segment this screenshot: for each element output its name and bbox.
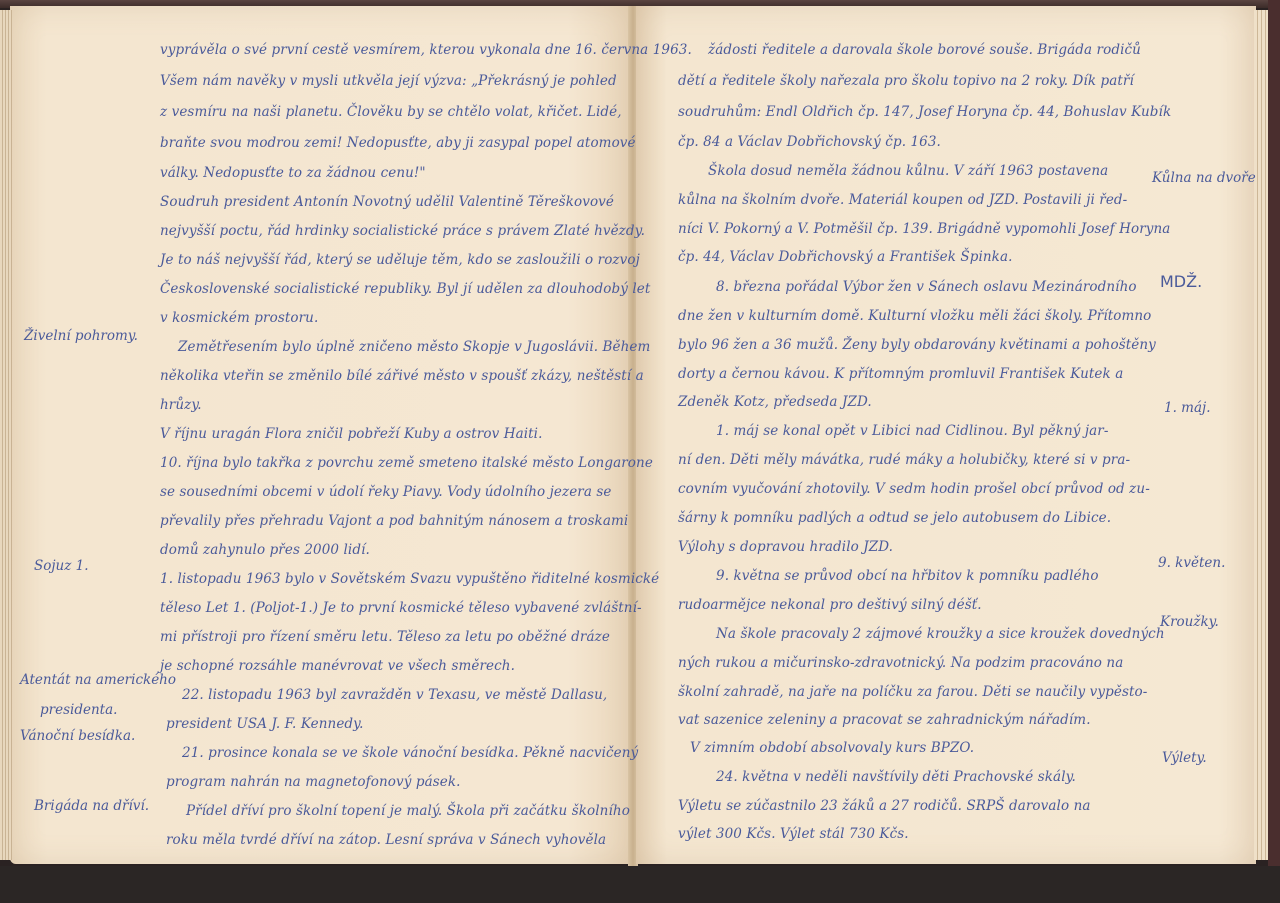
text-line: žádosti ředitele a darovala škole borové…	[708, 42, 1141, 58]
text-line: mi přístroji pro řízení směru letu. Těle…	[160, 629, 610, 645]
text-line: čp. 44, Václav Dobřichovský a František …	[678, 249, 1013, 265]
margin-note: presidenta.	[40, 702, 117, 718]
text-line: dorty a černou kávou. K přítomným promlu…	[678, 366, 1123, 382]
text-line: převalily přes přehradu Vajont a pod bah…	[160, 513, 628, 529]
text-line: školní zahradě, na jaře na políčku za fa…	[678, 684, 1147, 700]
text-line: války. Nedopusťte to za žádnou cenu!"	[160, 165, 426, 181]
text-line: ných rukou a mičurinsko-zdravotnický. Na…	[678, 655, 1123, 671]
text-line: Soudruh president Antonín Novotný udělil…	[160, 194, 614, 210]
text-line: nejvyšší poctu, řád hrdinky socialistick…	[160, 223, 645, 239]
text-line: čp. 84 a Václav Dobřichovský čp. 163.	[678, 134, 941, 150]
text-line: domů zahynulo přes 2000 lidí.	[160, 542, 370, 558]
text-line: program nahrán na magnetofonový pásek.	[166, 774, 461, 790]
text-line: dětí a ředitele školy nařezala pro školu…	[678, 73, 1134, 89]
text-line: Na škole pracovaly 2 zájmové kroužky a s…	[716, 626, 1165, 642]
right-page-edges	[1254, 10, 1268, 860]
text-line: kůlna na školním dvoře. Materiál koupen …	[678, 192, 1127, 208]
text-line: president USA J. F. Kennedy.	[166, 716, 364, 732]
margin-note: 9. květen.	[1158, 555, 1225, 571]
margin-note: Výlety.	[1162, 750, 1207, 766]
text-line: bylo 96 žen a 36 mužů. Ženy byly obdarov…	[678, 337, 1156, 353]
text-line: hrůzy.	[160, 397, 202, 413]
text-line: Je to náš nejvyšší řád, který se uděluje…	[160, 252, 640, 268]
text-line: roku měla tvrdé dříví na zátop. Lesní sp…	[166, 832, 606, 848]
text-line: V zimním období absolvovaly kurs BPZO.	[690, 740, 974, 756]
text-line: z vesmíru na naši planetu. Člověku by se…	[160, 104, 622, 120]
text-line: dne žen v kulturním domě. Kulturní vložk…	[678, 308, 1151, 324]
text-line: těleso Let 1. (Poljot-1.) Je to první ko…	[160, 600, 642, 616]
text-line: výlet 300 Kčs. Výlet stál 730 Kčs.	[678, 826, 909, 842]
text-line: soudruhům: Endl Oldřich čp. 147, Josef H…	[678, 104, 1171, 120]
text-line: vyprávěla o své první cestě vesmírem, kt…	[160, 42, 692, 58]
margin-note: Kroužky.	[1160, 614, 1219, 630]
text-line: se sousedními obcemi v údolí řeky Piavy.…	[160, 484, 612, 500]
text-line: Přídel dříví pro školní topení je malý. …	[186, 803, 630, 819]
text-line: šárny k pomníku padlých a odtud se jelo …	[678, 510, 1111, 526]
text-line: Československé socialistické republiky. …	[160, 281, 650, 297]
text-line: je schopné rozsáhle manévrovat ve všech …	[160, 658, 515, 674]
left-page-edges	[0, 10, 12, 860]
text-line: Výletu se zúčastnilo 23 žáků a 27 rodičů…	[678, 798, 1091, 814]
margin-note: Živelní pohromy.	[24, 328, 138, 344]
margin-note: Atentát na amerického	[20, 672, 176, 688]
text-line: v kosmickém prostoru.	[160, 310, 318, 326]
text-line: 21. prosince konala se ve škole vánoční …	[182, 745, 638, 761]
margin-note: Kůlna na dvoře	[1152, 170, 1256, 186]
text-line: Všem nám navěky v mysli utkvěla její výz…	[160, 73, 617, 89]
text-line: Škola dosud neměla žádnou kůlnu. V září …	[708, 163, 1108, 179]
text-line: 22. listopadu 1963 byl zavražděn v Texas…	[182, 687, 607, 703]
text-line: níci V. Pokorný a V. Potměšil čp. 139. B…	[678, 221, 1170, 237]
text-line: vat sazenice zeleniny a pracovat se zahr…	[678, 712, 1091, 728]
book-cover-right	[1268, 0, 1280, 903]
text-line: V říjnu uragán Flora zničil pobřeží Kuby…	[160, 426, 542, 442]
margin-note: Vánoční besídka.	[20, 728, 135, 744]
text-line: 10. října bylo takřka z povrchu země sme…	[160, 455, 653, 471]
text-line: 9. května se průvod obcí na hřbitov k po…	[716, 568, 1099, 584]
text-line: 24. května v neděli navštívily děti Prac…	[716, 769, 1076, 785]
text-line: rudoarmějce nekonal pro deštivý silný dé…	[678, 597, 982, 613]
text-line: 8. března pořádal Výbor žen v Sánech osl…	[716, 279, 1137, 295]
background-table	[0, 866, 1280, 903]
margin-note: Brigáda na dříví.	[34, 798, 149, 814]
text-line: 1. máj se konal opět v Libici nad Cidlin…	[716, 423, 1109, 439]
text-line: několika vteřin se změnilo bílé zářivé m…	[160, 368, 644, 384]
text-line: Zdeněk Kotz, předseda JZD.	[678, 394, 872, 410]
text-line: braňte svou modrou zemi! Nedopusťte, aby…	[160, 135, 636, 151]
text-line: Výlohy s dopravou hradilo JZD.	[678, 539, 893, 555]
margin-note: Sojuz 1.	[34, 558, 89, 574]
text-line: Zemětřesením bylo úplně zničeno město Sk…	[178, 339, 650, 355]
open-chronicle-book: Živelní pohromy.Sojuz 1.Atentát na ameri…	[0, 0, 1280, 903]
text-line: ní den. Děti měly mávátka, rudé máky a h…	[678, 452, 1130, 468]
margin-note: MDŽ.	[1160, 272, 1202, 291]
margin-note: 1. máj.	[1164, 400, 1211, 416]
text-line: covním vyučování zhotovily. V sedm hodin…	[678, 481, 1150, 497]
text-line: 1. listopadu 1963 bylo v Sovětském Svazu…	[160, 571, 659, 587]
